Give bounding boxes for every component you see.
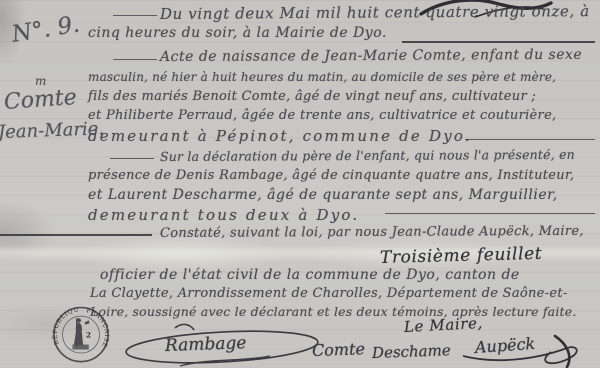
act-line: Acte de naissance de Jean-Marie Comte, e… <box>160 47 582 65</box>
aupeck-signature-flourish <box>455 334 600 368</box>
act-line: et Laurent Descharme, âgé de quarante se… <box>88 187 558 203</box>
margin-act-number: N°. 9. <box>10 11 81 47</box>
indent-dash <box>110 158 154 159</box>
indent-dash <box>113 59 157 60</box>
act-line: fils des mariés Benoit Comte, âgé de vin… <box>88 89 536 104</box>
signature-deschame: Deschame <box>372 341 451 362</box>
act-line: demeurant à Pépinot, commune de Dyo. <box>88 127 472 145</box>
line-closure-rule <box>465 139 595 140</box>
register-page-scan: N°. 9. m Comte Jean-Marie. Du vingt deux… <box>0 0 600 368</box>
folio-note: Troisième feuillet <box>380 244 543 268</box>
closing-title: Le Maire, <box>404 314 484 336</box>
act-line: Sur la déclaration du père de l'enfant, … <box>160 147 575 164</box>
republique-francaise-stamp: RÉPUBLIQUE FRANÇAISE 2 <box>36 304 126 368</box>
act-line: masculin, né hier à huit heures du matin… <box>88 70 556 84</box>
line-closure-rule <box>402 41 595 43</box>
act-line: officier de l'état civil de la commune d… <box>100 267 520 283</box>
act-line: Loire, soussigné avec le déclarant et le… <box>90 304 577 319</box>
margin-name-surname: Comte <box>3 85 77 115</box>
signature-comte: Comte <box>312 339 366 360</box>
margin-separator-dash <box>0 234 152 236</box>
line-closure-rule <box>385 213 595 214</box>
act-line: cinq heures du soir, à la Mairie de Dyo. <box>88 25 387 41</box>
act-line: La Clayette, Arrondissement de Charolles… <box>90 286 568 301</box>
act-line: Du vingt deux Mai mil huit cent quatre v… <box>160 2 590 23</box>
stamp-value: 2 <box>86 330 91 339</box>
margin-mention: m <box>35 74 46 88</box>
act-line: et Philiberte Perraud, âgée de trente an… <box>88 108 557 123</box>
act-line: demeurant tous deux à Dyo. <box>88 206 359 224</box>
act-line: Constaté, suivant la loi, par nous Jean-… <box>160 224 584 241</box>
act-line: présence de Denis Rambage, âgé de cinqua… <box>88 168 574 183</box>
indent-dash <box>113 15 157 16</box>
signature-rambage: Rambage <box>165 333 247 356</box>
